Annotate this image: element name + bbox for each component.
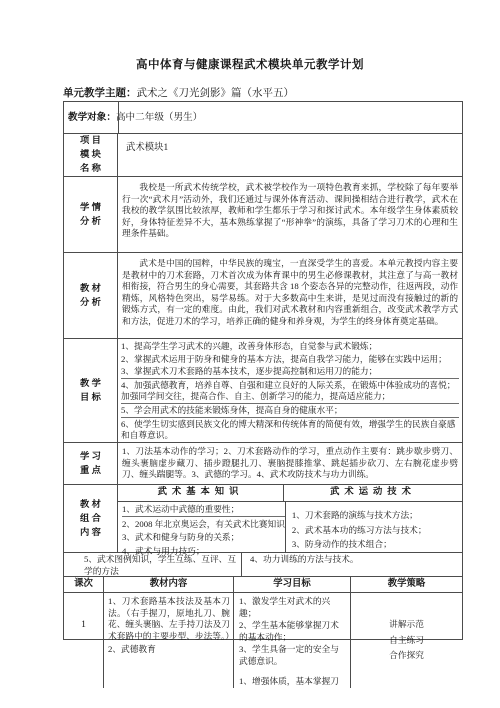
module-name-row: 项 目 模 块 名 称 武术模块1 [64,134,462,177]
material-analysis-label: 教 材 分 析 [64,253,118,338]
key-points-label: 学 习 重 点 [64,443,118,484]
lesson-content-item: 1、刀术套路基本技法及基本刀法。（右手握刀，原地扎刀、腕花、缠头裹脑、左手持刀法… [108,596,230,642]
content-combination-label: 教 材 组 合 内 容 [64,485,118,552]
teaching-target-value: 高中二年级（男生） [116,112,202,124]
objective-item: 6、使学生切实感到民族文化的博大精深和传统体育的简便有效，增强学生的民族自豪感和… [121,419,459,442]
lesson-goal-item: 1、激发学生对武术的兴趣； [239,596,347,619]
technique-item: 3、防身动作的技术组合； [292,539,462,551]
lesson-table-header-row: 课次 教材内容 学习目标 教学策略 [64,577,462,593]
key-points-row: 学 习 重 点 1、刀法基本动作的学习；2、刀术套路动作的学习，重点动作主要有：… [64,443,462,485]
lesson-strategy-item: 讲解示范 [351,619,462,631]
lesson-goal-item: 2、学生基本能够掌握刀术的基本动作； [239,620,347,643]
lesson-strategy-item: 合作探究 [351,650,462,662]
unit-theme-line: 单元教学主题：武术之《刀光剑影》篇（水平五） [63,85,463,100]
content-combination-body: 武术基本知识 武术运动技术 1、武术运动中武德的重要性； 2、2008 年北京奥… [118,485,462,552]
content-combination-row: 教 材 组 合 内 容 武术基本知识 武术运动技术 1、武术运动中武德的重要性；… [64,485,462,553]
teaching-target-row: 教学对象： 高中二年级（男生） [64,102,462,134]
material-analysis-row: 教 材 分 析 武术是中国的国粹，中华民族的瑰宝，一直深受学生的喜爱。本单元教授… [64,253,462,339]
key-points-text: 1、刀法基本动作的学习；2、刀术套路动作的学习，重点动作主要有：跳步歇步劈刀、缠… [118,443,462,484]
objective-item: 1、提高学生学习武术的兴趣，改善身体形态，自觉参与武术锻炼； [121,341,459,353]
lesson-goal-item: 3、学生具备一定的安全与武德意识。 [239,644,347,667]
lesson-goals-cell: 1、激发学生对武术的兴趣； 2、学生基本能够掌握刀术的基本动作； 3、学生具备一… [234,593,351,688]
objective-item: 5、学会用武术的技能来锻炼身体，提高自身的健康水平； [121,405,459,418]
learner-analysis-row: 学 情 分 析 我校是一所武术传统学校，武术被学校作为一项特色教育来抓，学校除了… [64,177,462,253]
teaching-target-label: 教学对象： [68,112,116,124]
objectives-label: 教 学 目 标 [64,339,118,442]
objectives-list: 1、提高学生学习武术的兴趣，改善身体形态，自觉参与武术锻炼； 2、掌握武术运用于… [118,339,462,442]
objectives-row: 教 学 目 标 1、提高学生学习武术的兴趣，改善身体形态，自觉参与武术锻炼； 2… [64,339,462,443]
teaching-plan-table: 教学对象： 高中二年级（男生） 项 目 模 块 名 称 武术模块1 学 情 分 … [63,101,463,640]
content-combination-headers: 武术基本知识 武术运动技术 [118,485,462,502]
knowledge-item: 1、武术运动中武德的重要性； [122,504,285,517]
basic-knowledge-header: 武术基本知识 [118,485,284,501]
objective-item: 4、加强武德教育，培养自尊、自强和建立良好的人际关系，在锻炼中体验成功的喜悦；加… [121,380,459,404]
basic-knowledge-list: 1、武术运动中武德的重要性； 2、2008 年北京奥运会，有关武术比赛知识 3、… [118,502,286,552]
lesson-goal-item: 1、增强体质，基本掌握刀 [239,676,347,688]
objective-item: 2、掌握武术运用于防身和健身的基本方法，提高自我学习能力，能够在实践中运用； [121,354,459,366]
lesson-content-header: 教材内容 [104,577,234,592]
lesson-number: 1 [64,593,104,688]
lesson-row-1: 1 1、刀术套路基本技法及基本刀法。（右手握刀，原地扎刀、腕花、缠头裹脑、左手持… [64,593,462,688]
lesson-strategy-header: 教学策略 [351,577,462,592]
module-name-label: 项 目 模 块 名 称 [64,134,118,176]
knowledge-item: 5、武术图例知识，学生互练、互评、互学的方法 [64,553,242,576]
knowledge-item: 3、武术和健身与防身的关系； [122,532,285,544]
lesson-no-header: 课次 [64,577,104,592]
column-divider-stub [118,102,119,133]
lesson-content-cell: 1、刀术套路基本技法及基本刀法。（右手握刀，原地扎刀、腕花、缠头裹脑、左手持刀法… [104,593,234,688]
content-combination-footer: 5、武术图例知识，学生互练、互评、互学的方法 4、功力训练的方法与技术。 [64,553,462,577]
technique-list: 1、刀术套路的演练与技术方法； 2、武术基本功的练习方法与技术； 3、防身动作的… [286,502,462,552]
knowledge-item: 2、2008 年北京奥运会，有关武术比赛知识 [122,519,285,531]
technique-item: 4、功力训练的方法与技术。 [242,553,462,576]
document-page: 高中体育与健康课程武术模块单元教学计划 单元教学主题：武术之《刀光剑影》篇（水平… [0,0,500,708]
unit-theme-label: 单元教学主题： [63,88,137,99]
objective-item: 3、掌握武术刀术套路的基本技术，逐步提高控制和运用刀的能力； [121,366,459,379]
sport-technique-header: 武术运动技术 [284,485,462,501]
document-title: 高中体育与健康课程武术模块单元教学计划 [0,56,500,72]
technique-item: 2、武术基本功的练习方法与技术； [292,525,462,537]
lesson-strategy-item: 自主练习 [351,635,462,647]
technique-item: 1、刀术套路的演练与技术方法； [292,510,462,522]
lesson-strategy-cell: 讲解示范 自主练习 合作探究 [351,593,462,688]
module-name-value: 武术模块1 [118,134,462,176]
learner-analysis-label: 学 情 分 析 [64,177,118,252]
content-combination-columns: 1、武术运动中武德的重要性； 2、2008 年北京奥运会，有关武术比赛知识 3、… [118,502,462,552]
unit-theme-value: 武术之《刀光剑影》篇（水平五） [137,88,295,99]
lesson-content-item: 2、武德教育 [108,644,230,656]
material-analysis-text: 武术是中国的国粹，中华民族的瑰宝，一直深受学生的喜爱。本单元教授内容主要是教材中… [118,253,462,338]
lesson-goal-header: 学习目标 [234,577,351,592]
learner-analysis-text: 我校是一所武术传统学校，武术被学校作为一项特色教育来抓，学校除了每年要举行一次“… [118,177,462,252]
